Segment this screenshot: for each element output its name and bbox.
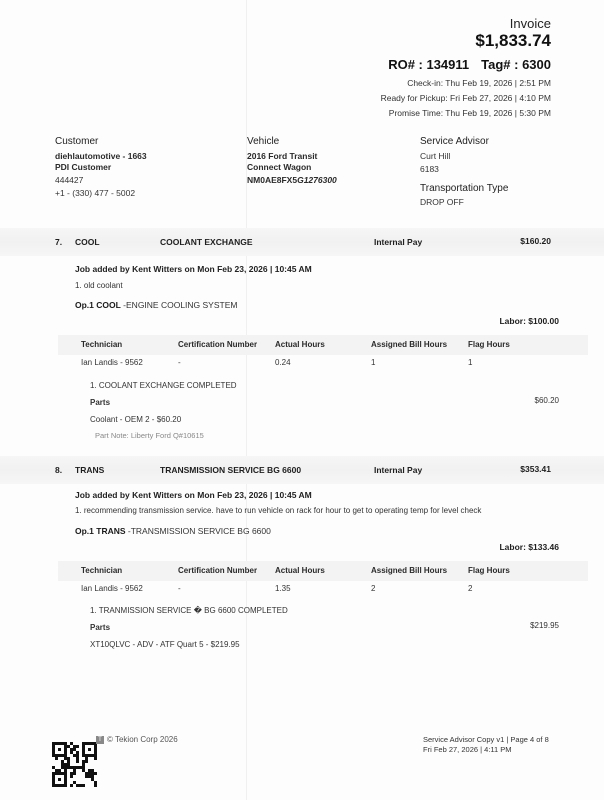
date-block: Check-in: Thu Feb 19, 2026 | 2:51 PM Rea… — [381, 76, 551, 121]
service-advisor-id: 6183 — [420, 164, 508, 175]
vehicle-line2: Connect Wagon — [247, 162, 337, 173]
tech-col-flag-hours: Flag Hours — [468, 340, 510, 349]
tech-col-technician: Technician — [81, 340, 122, 349]
ready-for-pickup-date: Ready for Pickup: Fri Feb 27, 2026 | 4:1… — [381, 91, 551, 106]
tech-assigned-bill-hours: 1 — [371, 358, 375, 367]
job-code: COOL — [75, 237, 100, 247]
job-amount: $353.41 — [520, 464, 551, 474]
tech-actual-hours: 1.35 — [275, 584, 291, 593]
job-number: 7. — [55, 237, 62, 247]
operation-line: Op.1 COOL -ENGINE COOLING SYSTEM — [75, 300, 237, 310]
tech-col-actual-hours: Actual Hours — [275, 566, 325, 575]
part-line: XT10QLVC - ADV - ATF Quart 5 - $219.95 — [90, 640, 240, 649]
tech-col-technician: Technician — [81, 566, 122, 575]
vehicle-section: Vehicle 2016 Ford Transit Connect Wagon … — [247, 136, 337, 186]
qr-code-icon — [52, 742, 97, 787]
parts-label: Parts — [90, 398, 110, 407]
vin-suffix: G1276300 — [297, 175, 337, 185]
labor-amount: Labor: $100.00 — [499, 316, 559, 326]
customer-heading: Customer — [55, 136, 147, 147]
transportation-value: DROP OFF — [420, 197, 508, 208]
ro-tag-line: RO# : 134911Tag# : 6300 — [388, 57, 551, 72]
tekion-logo-icon: T — [96, 736, 104, 744]
tech-col-flag-hours: Flag Hours — [468, 566, 510, 575]
vehicle-heading: Vehicle — [247, 136, 337, 147]
tech-assigned-bill-hours: 2 — [371, 584, 375, 593]
operation-description: -ENGINE COOLING SYSTEM — [121, 300, 238, 310]
part-line: Coolant - OEM 2 - $60.20 — [90, 415, 181, 424]
job-completion: 1. TRANMISSION SERVICE � BG 6600 COMPLET… — [90, 606, 288, 615]
transportation-heading: Transportation Type — [420, 183, 508, 194]
promise-time: Promise Time: Thu Feb 19, 2026 | 5:30 PM — [381, 106, 551, 121]
tech-technician: Ian Landis - 9562 — [81, 584, 143, 593]
customer-type: PDI Customer — [55, 162, 147, 173]
service-advisor-heading: Service Advisor — [420, 136, 508, 147]
tech-technician: Ian Landis - 9562 — [81, 358, 143, 367]
tag-number: Tag# : 6300 — [481, 57, 551, 72]
tech-col-certification: Certification Number — [178, 340, 257, 349]
parts-total: $60.20 — [535, 396, 559, 405]
footer-page-info: Service Advisor Copy v1 | Page 4 of 8 Fr… — [423, 735, 549, 755]
customer-phone: +1 - (330) 477 - 5002 — [55, 188, 147, 199]
operation-line: Op.1 TRANS -TRANSMISSION SERVICE BG 6600 — [75, 526, 271, 536]
job-pay-type: Internal Pay — [374, 237, 422, 247]
parts-total: $219.95 — [530, 621, 559, 630]
copyright-line: T© Tekion Corp 2026 — [96, 735, 178, 744]
job-title: COOLANT EXCHANGE — [160, 237, 253, 247]
operation-code: Op.1 COOL — [75, 300, 121, 310]
tech-col-certification: Certification Number — [178, 566, 257, 575]
tech-flag-hours: 1 — [468, 358, 472, 367]
tech-col-assigned-bill-hours: Assigned Bill Hours — [371, 566, 447, 575]
labor-amount: Labor: $133.46 — [499, 542, 559, 552]
copy-info: Service Advisor Copy v1 | Page 4 of 8 — [423, 735, 549, 745]
tech-actual-hours: 0.24 — [275, 358, 291, 367]
vin-prefix: NM0AE8FX5 — [247, 175, 297, 185]
job-concern: 1. recommending transmission service. ha… — [75, 506, 481, 515]
check-in-date: Check-in: Thu Feb 19, 2026 | 2:51 PM — [381, 76, 551, 91]
job-code: TRANS — [75, 465, 104, 475]
printed-timestamp: Fri Feb 27, 2026 | 4:11 PM — [423, 745, 549, 755]
job-pay-type: Internal Pay — [374, 465, 422, 475]
job-title: TRANSMISSION SERVICE BG 6600 — [160, 465, 301, 475]
job-number: 8. — [55, 465, 62, 475]
customer-id: 444427 — [55, 175, 147, 186]
job-concern: 1. old coolant — [75, 281, 123, 290]
parts-label: Parts — [90, 623, 110, 632]
operation-description: -TRANSMISSION SERVICE BG 6600 — [126, 526, 271, 536]
copyright-text: © Tekion Corp 2026 — [107, 735, 178, 744]
tech-col-assigned-bill-hours: Assigned Bill Hours — [371, 340, 447, 349]
part-note: Part Note: Liberty Ford Q#10615 — [95, 431, 204, 440]
tech-certification: - — [178, 358, 181, 367]
tech-certification: - — [178, 584, 181, 593]
customer-name: diehlautomotive - 1663 — [55, 151, 147, 162]
ro-number: RO# : 134911 — [388, 57, 469, 72]
job-added-by: Job added by Kent Witters on Mon Feb 23,… — [75, 490, 312, 500]
job-added-by: Job added by Kent Witters on Mon Feb 23,… — [75, 264, 312, 274]
service-advisor-section: Service Advisor Curt Hill 6183 Transport… — [420, 136, 508, 208]
invoice-total: $1,833.74 — [475, 31, 551, 51]
vehicle-line1: 2016 Ford Transit — [247, 151, 337, 162]
service-advisor-name: Curt Hill — [420, 151, 508, 162]
scan-fold-line — [246, 0, 247, 800]
vehicle-vin: NM0AE8FX5G1276300 — [247, 175, 337, 186]
tech-col-actual-hours: Actual Hours — [275, 340, 325, 349]
tech-flag-hours: 2 — [468, 584, 472, 593]
job-amount: $160.20 — [520, 236, 551, 246]
invoice-label: Invoice — [510, 16, 551, 31]
operation-code: Op.1 TRANS — [75, 526, 126, 536]
job-completion: 1. COOLANT EXCHANGE COMPLETED — [90, 381, 237, 390]
customer-section: Customer diehlautomotive - 1663 PDI Cust… — [55, 136, 147, 199]
